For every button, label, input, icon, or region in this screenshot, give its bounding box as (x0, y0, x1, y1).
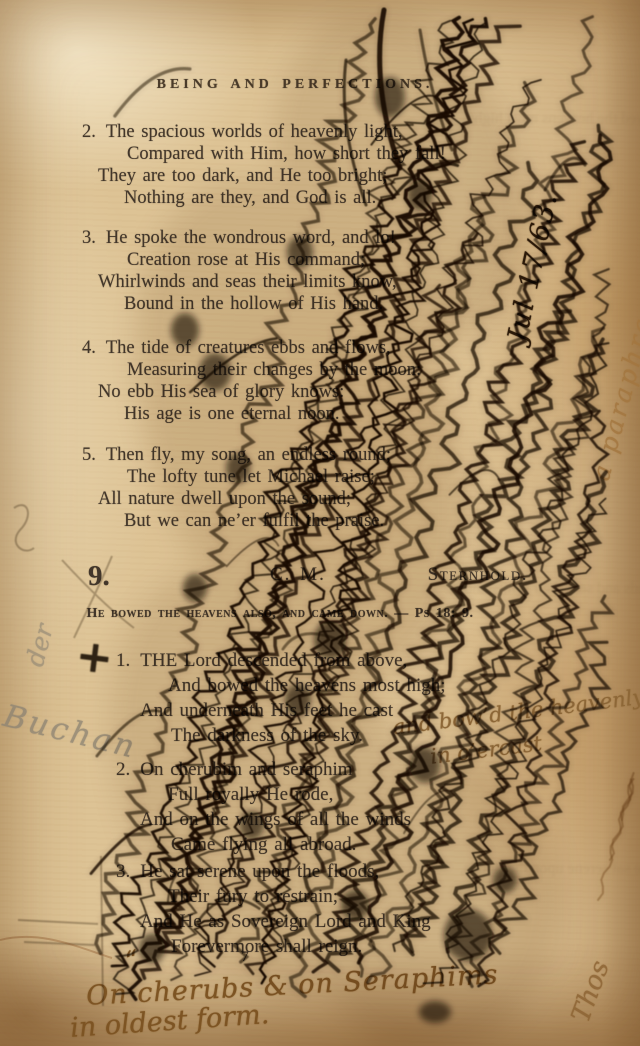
verse-line: His age is one eternal noon. (82, 403, 421, 425)
verse-number: 4. (82, 338, 96, 358)
bleed-through-text: And bowed the heavens most high; (470, 110, 640, 128)
verse-line: The spacious worlds of heavenly light, (106, 122, 403, 142)
verse-line: Their fury to restrain; (116, 884, 431, 909)
verse: 2.The spacious worlds of heavenly light,… (82, 121, 446, 209)
verse: 5.Then fly, my song, an endless round; T… (82, 444, 391, 532)
verse-number: 1. (116, 650, 130, 671)
verse: 4.The tide of creatures ebbs and flows, … (82, 337, 421, 425)
verse-line: The tide of creatures ebbs and flows, (106, 338, 391, 358)
verse: 2.On cherubim and seraphim Full royally … (116, 757, 411, 857)
verse-line: Bound in the hollow of His hand. (82, 293, 397, 315)
verse-line: They are too dark, and He too bright; (82, 165, 446, 187)
verse-line: Compared with Him, how short they fall! (82, 143, 446, 165)
verse-line: The lofty tune let Michael raise; (82, 466, 391, 488)
running-head: BEING AND PERFECTIONS. (20, 77, 570, 93)
verse-line: He spoke the wondrous word, and lo! (106, 228, 396, 248)
verse-line: No ebb His sea of glory knows: (82, 381, 421, 403)
verse-line: Whirlwinds and seas their limits know, (82, 271, 397, 293)
verse-line: On cherubim and seraphim (140, 759, 352, 780)
verse-line: And He as Sovereign Lord and King (116, 909, 431, 934)
bottom-note-line-1: On cherubs & on Seraphims (85, 959, 499, 1012)
hymn-author: Sternhold. (428, 564, 528, 586)
bleed-through-text: He sat serene upon the floods, (460, 860, 640, 878)
verse-line: And on the wings of all the winds (116, 807, 411, 832)
hymn-meter: C. M. (270, 564, 326, 586)
marginal-correction-line-2: in o’ercast (429, 731, 543, 768)
verse-line: Came flying all abroad. (116, 832, 411, 857)
verse-line: Then fly, my song, an endless round; (106, 445, 391, 465)
verse-line: Measuring their changes by the moon: (82, 359, 421, 381)
verse-line: All nature dwell upon the sound; (82, 488, 391, 510)
verse-line: He sat serene upon the floods, (140, 861, 379, 882)
hymn-epigraph: He bowed the heavens also, and came down… (40, 606, 520, 622)
ink-cross-mark: + (73, 630, 116, 685)
hymn-9-heading: 9. C. M. Sternhold. (88, 552, 528, 592)
hymn-number: 9. (88, 560, 110, 593)
verse-line: THE Lord descended from above, (140, 650, 407, 671)
verse-line: Creation rose at His command; (82, 249, 397, 271)
verse-line: Nothing are they, and God is all. (82, 187, 446, 209)
left-margin-pencil-note-2: der (20, 621, 59, 670)
verse: 3.He sat serene upon the floods, Their f… (116, 859, 431, 959)
verse-line: Full royally He rode, (116, 782, 411, 807)
verse-number: 5. (82, 445, 96, 465)
verse: 3.He spoke the wondrous word, and lo! Cr… (82, 227, 397, 315)
verse-line: And bowed the heavens most high; (116, 673, 446, 698)
hymnal-page-scan: BEING AND PERFECTIONS. And bowed the hea… (0, 0, 640, 1046)
verse-number: 2. (82, 122, 96, 142)
verse-number: 3. (116, 861, 130, 882)
verse-number: 3. (82, 228, 96, 248)
right-margin-note: a paraphrase of this (586, 172, 640, 483)
verse-line: But we can ne’er fulfil the praise. (82, 510, 391, 532)
right-margin-signature: Thos (566, 957, 616, 1027)
handwritten-date-note: Jul 17/63. (502, 189, 564, 344)
